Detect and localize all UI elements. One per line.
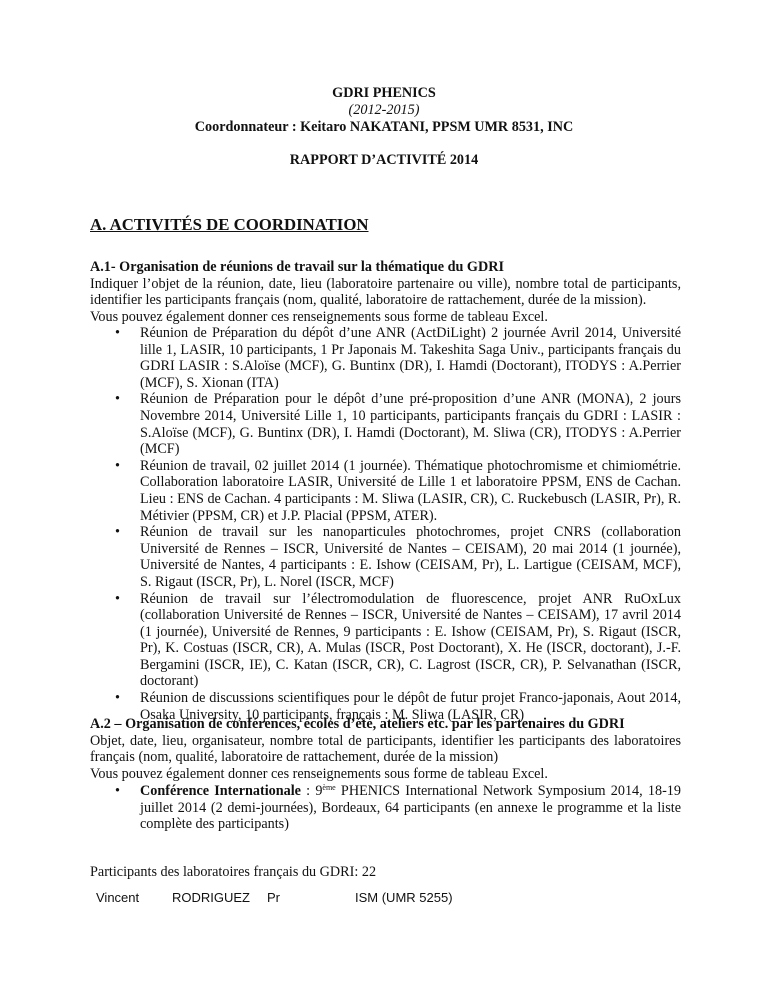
section-a1-excel-note: Vous pouvez également donner ces renseig… <box>90 309 681 326</box>
bullet-icon: • <box>115 325 120 342</box>
conference-label: Conférence Internationale <box>140 783 301 799</box>
bullet-icon: • <box>115 783 120 800</box>
coordinator-line: Coordonnateur : Keitaro NAKATANI, PPSM U… <box>0 119 768 136</box>
a1-meetings-list: • Réunion de Préparation du dépôt d’une … <box>90 325 681 723</box>
list-item: • Réunion de Préparation du dépôt d’une … <box>90 325 681 391</box>
bullet-icon: • <box>115 391 120 408</box>
participant-last-name: RODRIGUEZ <box>172 890 250 907</box>
participant-first-name: Vincent <box>96 890 139 907</box>
list-item: • Réunion de travail sur les nanoparticu… <box>90 524 681 590</box>
participants-count: Participants des laboratoires français d… <box>90 864 376 881</box>
list-item: • Réunion de travail, 02 juillet 2014 (1… <box>90 458 681 524</box>
list-item: • Réunion de travail sur l’électromodula… <box>90 591 681 691</box>
participant-lab: ISM (UMR 5255) <box>355 890 453 907</box>
bullet-icon: • <box>115 690 120 707</box>
document-title: GDRI PHENICS <box>0 85 768 102</box>
section-a1: A.1- Organisation de réunions de travail… <box>90 259 681 325</box>
document-page: GDRI PHENICS (2012-2015) Coordonnateur :… <box>0 0 768 994</box>
participant-title: Pr <box>267 890 280 907</box>
document-years: (2012-2015) <box>0 102 768 119</box>
section-a2-heading: A.2 – Organisation de conférences, école… <box>90 716 681 733</box>
report-title: RAPPORT D’ACTIVITÉ 2014 <box>0 152 768 169</box>
section-a1-heading: A.1- Organisation de réunions de travail… <box>90 259 681 276</box>
section-a2-instructions: Objet, date, lieu, organisateur, nombre … <box>90 733 681 766</box>
a2-conference-list: • Conférence Internationale : 9ème PHENI… <box>90 783 681 833</box>
bullet-icon: • <box>115 524 120 541</box>
section-a1-instructions: Indiquer l’objet de la réunion, date, li… <box>90 276 681 309</box>
list-item: • Conférence Internationale : 9ème PHENI… <box>90 783 681 833</box>
section-a-heading: A. ACTIVITÉS DE COORDINATION <box>90 215 369 235</box>
bullet-icon: • <box>115 458 120 475</box>
section-a2: A.2 – Organisation de conférences, école… <box>90 716 681 782</box>
bullet-icon: • <box>115 591 120 608</box>
list-item: • Réunion de Préparation pour le dépôt d… <box>90 391 681 457</box>
section-a2-excel-note: Vous pouvez également donner ces renseig… <box>90 766 681 783</box>
